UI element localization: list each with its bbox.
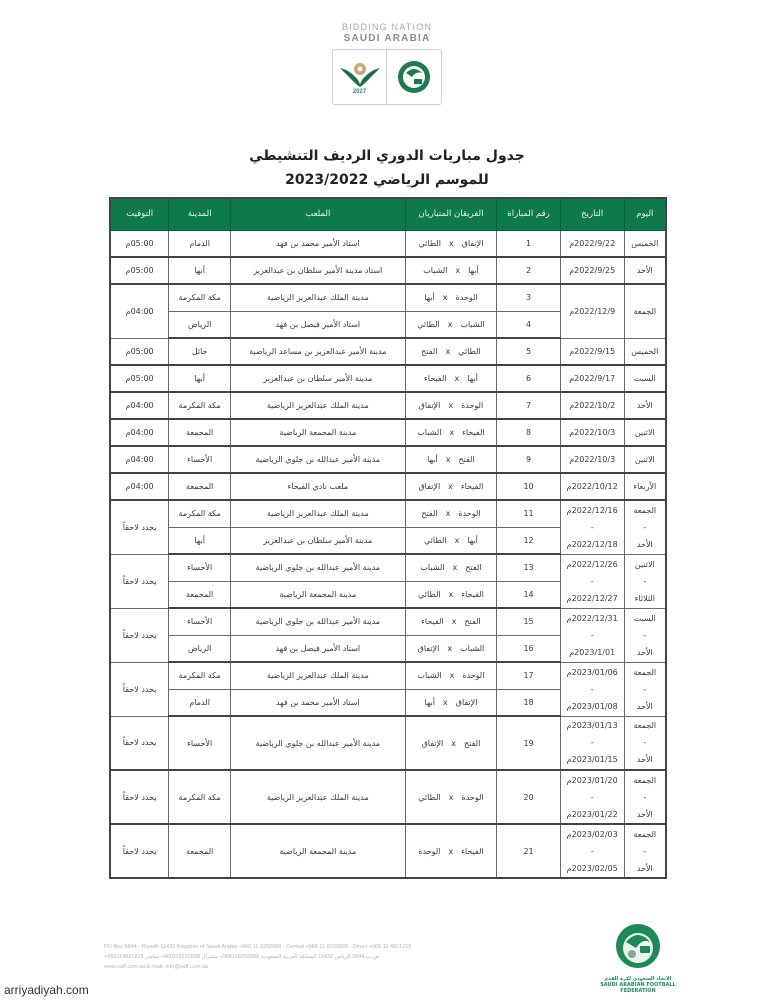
range-dash: - [563,789,622,806]
date-from: 2022/12/16م [563,502,622,519]
day-to: الثلاثاء [627,590,663,607]
range-dash: - [563,519,622,536]
team-a: أبها [467,536,478,545]
teams-cell: أبهاxالطائي [405,527,497,554]
date-from: 2023/02/03م [563,826,622,843]
time-cell: 05:00م [110,230,169,257]
date-cell: 2022/9/22م [560,230,624,257]
vs-separator: x [449,793,454,802]
range-dash: - [627,681,663,698]
table-body: الخميس2022/9/22م1الإتفاقxالطائياستاد الأ… [110,230,666,878]
date-cell: 2022/12/31م-2023/1/01م [560,608,624,662]
team-b: أبها [424,293,435,302]
date-cell: 2022/12/26م-2022/12/27م [560,554,624,608]
table-row: الجمعة-الأحد2023/01/06م-2023/01/08م17الو… [110,662,666,689]
date-to: 2022/12/27م [563,590,622,607]
date-to: 2023/01/15م [563,751,622,768]
team-a: أبها [468,266,479,275]
source-watermark: arriyadiyah.com [4,983,89,997]
city-cell: المجمعة [169,824,231,878]
teams-cell: الطائيxالفتح [405,338,497,365]
match-schedule-table: اليوم التاريخ رقم المباراة الفريقان المت… [109,197,667,879]
time-cell: يحدد لاحقاً [110,662,169,716]
team-a: أبها [467,374,478,383]
day-from: الاثنين [627,556,663,573]
teams-pair: الإتفاقxأبها [424,698,477,707]
day-cell: السبت-الأحد [624,608,666,662]
stadium-cell: مدينة المجمعة الرياضية [231,419,406,446]
teams-pair: أبهاxالشباب [423,266,479,275]
teams-pair: الفيحاءxالطائي [418,590,484,599]
match-number-cell: 13 [497,554,560,581]
match-number-cell: 20 [497,770,560,824]
stadium-cell: مدينة المجمعة الرياضية [231,824,406,878]
team-b: أبها [427,455,438,464]
day-cell: الاثنين-الثلاثاء [624,554,666,608]
time-cell: 04:00م [110,419,169,446]
vs-separator: x [452,617,457,626]
teams-cell: الوحدةxأبها [405,284,497,311]
teams-cell: الفيحاءxالطائي [405,581,497,608]
match-number-cell: 10 [497,473,560,500]
match-number-cell: 3 [497,284,560,311]
teams-pair: الشبابxالإتفاق [418,644,485,653]
vs-separator: x [446,509,451,518]
city-cell: أبها [169,527,231,554]
table-row: الخميس2022/9/22م1الإتفاقxالطائياستاد الأ… [110,230,666,257]
teams-cell: الفيحاءxالوحدة [405,824,497,878]
team-b: الطائي [418,793,441,802]
city-cell: مكة المكرمة [169,284,231,311]
day-cell: الأحد [624,257,666,284]
time-cell: 04:00م [110,446,169,473]
day-cell: الجمعة [624,284,666,338]
teams-pair: الفيحاءxالوحدة [418,847,483,856]
city-cell: أبها [169,257,231,284]
table-row: السبت2022/9/17م6أبهاxالفيحاءمدينة الأمير… [110,365,666,392]
range-dash: - [627,573,663,590]
date-cell: 2023/01/06م-2023/01/08م [560,662,624,716]
vs-separator: x [447,644,452,653]
teams-pair: الوحدةxالشباب [417,671,484,680]
time-cell: يحدد لاحقاً [110,554,169,608]
day-to: الأحد [627,698,663,715]
teams-cell: أبهاxالشباب [405,257,497,284]
teams-cell: الفتحxالإتفاق [405,716,497,770]
match-number-cell: 11 [497,500,560,527]
range-dash: - [627,627,663,644]
page-subtitle: للموسم الرياضي 2023/2022 [0,172,774,188]
stadium-cell: استاد الأمير فيصل بن فهد [231,311,406,338]
match-number-cell: 12 [497,527,560,554]
time-cell: 04:00م [110,392,169,419]
table-row: الجمعة-الأحد2022/12/16م-2022/12/18م11الو… [110,500,666,527]
city-cell: الأحساء [169,716,231,770]
teams-cell: الوحدةxالشباب [405,662,497,689]
team-a: الفيحاء [461,482,483,491]
footer-line2: ص ب 5844 الرياض 11432 المملكة العربية ال… [104,952,411,962]
city-cell: المجمعة [169,419,231,446]
match-number-cell: 18 [497,689,560,716]
match-number-cell: 14 [497,581,560,608]
table-row: الجمعة-الأحد2023/01/13م-2023/01/15م19الف… [110,716,666,770]
saff-logo [387,50,441,104]
table-row: الاثنين2022/10/3م9الفتحxأبهامدينة الأمير… [110,446,666,473]
teams-pair: الفيحاءxالإتفاق [418,482,483,491]
team-a: الوحدة [456,293,478,302]
falcon-emblem-icon [338,60,382,88]
teams-cell: الفتحxالفيحاء [405,608,497,635]
match-number-cell: 5 [497,338,560,365]
vs-separator: x [450,671,455,680]
date-cell: 2023/01/13م-2023/01/15م [560,716,624,770]
team-b: الشباب [417,671,441,680]
day-cell: الاثنين [624,419,666,446]
match-number-cell: 7 [497,392,560,419]
city-cell: الأحساء [169,554,231,581]
match-number-cell: 6 [497,365,560,392]
team-b: الفتح [421,509,437,518]
stadium-cell: مدينة المجمعة الرياضية [231,581,406,608]
day-cell: الجمعة-الأحد [624,770,666,824]
team-a: الفيحاء [461,590,483,599]
date-from: 2023/01/06م [563,664,622,681]
date-to: 2023/02/05م [563,860,622,877]
teams-cell: الفيحاءxالإتفاق [405,473,497,500]
team-a: الوحدة [462,793,484,802]
teams-pair: الشبابxالطائي [417,320,484,329]
vs-separator: x [455,266,460,275]
logo-box: 2027 [332,49,442,105]
team-a: الشباب [460,320,484,329]
teams-cell: الوحدةxالطائي [405,770,497,824]
date-to: 2022/12/18م [563,536,622,553]
team-b: الوحدة [418,847,440,856]
federation-caption: الاتحاد السعودي لكرة القدم SAUDI ARABIAN… [598,976,678,994]
team-b: الإتفاق [418,644,440,653]
time-cell: 04:00م [110,284,169,338]
day-cell: الخميس [624,338,666,365]
stadium-cell: مدينة الملك عبدالعزيز الرياضية [231,284,406,311]
stadium-cell: مدينة الأمير سلطان بن عبدالعزيز [231,527,406,554]
match-number-cell: 1 [497,230,560,257]
match-number-cell: 15 [497,608,560,635]
stadium-cell: استاد الأمير محمد بن فهد [231,689,406,716]
date-from: 2022/12/31م [563,610,622,627]
date-cell: 2022/9/15م [560,338,624,365]
vs-separator: x [448,401,453,410]
date-cell: 2023/02/03م-2023/02/05م [560,824,624,878]
stadium-cell: استاد الأمير محمد بن فهد [231,230,406,257]
teams-pair: الوحدةxأبها [424,293,477,302]
range-dash: - [627,519,663,536]
time-cell: 05:00م [110,365,169,392]
teams-cell: الفتحxالشباب [405,554,497,581]
saff-ball-icon [614,922,662,970]
footer-line1: PO Box 5844 - Riyadh 11432 Kingdom of Sa… [104,942,411,952]
day-from: الجمعة [627,826,663,843]
vs-separator: x [455,536,460,545]
team-a: الفتح [458,455,474,464]
teams-cell: الوحدةxالإتفاق [405,392,497,419]
vs-separator: x [449,590,454,599]
match-number-cell: 21 [497,824,560,878]
stadium-cell: مدينة الأمير عبدالله بن جلوي الرياضية [231,554,406,581]
footer-line3: www.saff.com.sa E-mail: info@saff.com.sa [104,962,411,972]
table-row: الخميس2022/9/15م5الطائيxالفتحمدينة الأمي… [110,338,666,365]
team-a: الفتح [465,563,481,572]
team-b: الإتفاق [418,482,440,491]
match-number-cell: 8 [497,419,560,446]
city-cell: الدمام [169,689,231,716]
date-to: 2023/01/08م [563,698,622,715]
saff-emblem-icon [396,59,432,95]
vs-separator: x [451,739,456,748]
day-cell: الأربعاء [624,473,666,500]
time-cell: 05:00م [110,338,169,365]
range-dash: - [563,843,622,860]
team-a: الوحدة [462,671,484,680]
col-stadium: الملعب [231,198,406,230]
teams-pair: أبهاxالطائي [424,536,478,545]
day-cell: الاثنين [624,446,666,473]
teams-cell: الإتفاقxالطائي [405,230,497,257]
date-to: 2023/1/01م [563,644,622,661]
teams-cell: أبهاxالفيحاء [405,365,497,392]
teams-pair: الوحدةxالطائي [418,793,483,802]
date-cell: 2022/10/12م [560,473,624,500]
date-cell: 2022/9/17م [560,365,624,392]
city-cell: مكة المكرمة [169,770,231,824]
vs-separator: x [449,428,454,437]
team-b: الشباب [420,563,444,572]
match-number-cell: 2 [497,257,560,284]
vs-separator: x [448,320,453,329]
day-from: الجمعة [627,664,663,681]
stadium-cell: مدينة الأمير عبدالله بن جلوي الرياضية [231,608,406,635]
vs-separator: x [446,455,451,464]
stadium-cell: مدينة الملك عبدالعزيز الرياضية [231,500,406,527]
bid-year: 2027 [353,89,366,95]
day-from: الجمعة [627,502,663,519]
day-cell: الخميس [624,230,666,257]
match-number-cell: 17 [497,662,560,689]
falcon-2027-logo: 2027 [333,50,387,104]
time-cell: يحدد لاحقاً [110,770,169,824]
time-cell: 05:00م [110,257,169,284]
stadium-cell: مدينة الملك عبدالعزيز الرياضية [231,770,406,824]
vs-separator: x [448,847,453,856]
teams-cell: الشبابxالإتفاق [405,635,497,662]
vs-separator: x [449,239,454,248]
time-cell: يحدد لاحقاً [110,716,169,770]
vs-separator: x [453,563,458,572]
col-time: التوقيت [110,198,169,230]
range-dash: - [627,843,663,860]
stadium-cell: استاد مدينة الأمير سلطان بن عبدالعزيز [231,257,406,284]
team-b: الطائي [424,536,447,545]
col-match-number: رقم المباراة [497,198,560,230]
team-b: الشباب [423,266,447,275]
stadium-cell: مدينة الأمير سلطان بن عبدالعزيز [231,365,406,392]
team-a: الشباب [460,644,484,653]
team-b: الشباب [417,428,441,437]
vs-separator: x [445,347,450,356]
teams-cell: الفيحاءxالشباب [405,419,497,446]
table-row: الجمعة-الأحد2023/01/20م-2023/01/22م20الو… [110,770,666,824]
team-b: الطائي [418,239,441,248]
match-number-cell: 9 [497,446,560,473]
team-b: الإتفاق [419,401,441,410]
date-cell: 2022/10/2م [560,392,624,419]
stadium-cell: مدينة الأمير عبدالله بن جلوي الرياضية [231,716,406,770]
team-b: الفتح [421,347,437,356]
table-row: الاثنين-الثلاثاء2022/12/26م-2022/12/27م1… [110,554,666,581]
stadium-cell: مدينة الأمير عبدالله بن جلوي الرياضية [231,446,406,473]
teams-pair: الفتحxالشباب [420,563,481,572]
team-b: الطائي [418,590,441,599]
table-row: السبت-الأحد2022/12/31م-2023/1/01م15الفتح… [110,608,666,635]
date-cell: 2023/01/20م-2023/01/22م [560,770,624,824]
time-cell: يحدد لاحقاً [110,824,169,878]
table-row: الجمعة-الأحد2023/02/03م-2023/02/05م21الف… [110,824,666,878]
match-number-cell: 19 [497,716,560,770]
day-to: الأحد [627,536,663,553]
teams-pair: الإتفاقxالطائي [418,239,483,248]
range-dash: - [627,734,663,751]
team-a: الفيحاء [462,428,484,437]
page-title: جدول مباريات الدوري الرديف التنشيطي [0,148,774,164]
date-cell: 2022/12/16م-2022/12/18م [560,500,624,554]
date-from: 2023/01/13م [563,717,622,734]
day-cell: الجمعة-الأحد [624,662,666,716]
col-teams: الفريقان المتباريان [405,198,497,230]
range-dash: - [563,573,622,590]
city-cell: الرياض [169,635,231,662]
teams-pair: الطائيxالفتح [421,347,481,356]
city-cell: مكة المكرمة [169,500,231,527]
day-cell: الجمعة-الأحد [624,824,666,878]
day-from: الجمعة [627,717,663,734]
teams-cell: الشبابxالطائي [405,311,497,338]
team-b: الفيحاء [424,374,446,383]
day-to: الأحد [627,644,663,661]
saff-footer-logo: الاتحاد السعودي لكرة القدم SAUDI ARABIAN… [598,922,678,994]
city-cell: مكة المكرمة [169,392,231,419]
teams-cell: الإتفاقxأبها [405,689,497,716]
team-b: الإتفاق [422,739,444,748]
date-to: 2023/01/22م [563,806,622,823]
table-row: الأحد2022/10/2م7الوحدةxالإتفاقمدينة المل… [110,392,666,419]
vs-separator: x [455,374,460,383]
time-cell: 04:00م [110,473,169,500]
time-cell: يحدد لاحقاً [110,500,169,554]
team-a: الوحدة [458,509,480,518]
day-from: السبت [627,610,663,627]
footer-contact: PO Box 5844 - Riyadh 11432 Kingdom of Sa… [104,942,411,972]
team-a: الطائي [458,347,481,356]
date-from: 2022/12/26م [563,556,622,573]
city-cell: الأحساء [169,608,231,635]
bid-line2: SAUDI ARABIA [327,33,447,44]
stadium-cell: مدينة الأمير عبدالعزيز بن مساعد الرياضية [231,338,406,365]
city-cell: مكة المكرمة [169,662,231,689]
city-cell: الدمام [169,230,231,257]
col-date: التاريخ [560,198,624,230]
vs-separator: x [448,482,453,491]
date-cell: 2022/9/25م [560,257,624,284]
day-to: الأحد [627,751,663,768]
bid-line1: BIDDING NATION [327,22,447,32]
stadium-cell: مدينة الملك عبدالعزيز الرياضية [231,392,406,419]
col-day: اليوم [624,198,666,230]
time-cell: يحدد لاحقاً [110,608,169,662]
date-from: 2023/01/20م [563,772,622,789]
table-row: الجمعة2022/12/9م3الوحدةxأبهامدينة الملك … [110,284,666,311]
stadium-cell: ملعب نادي الفيحاء [231,473,406,500]
stadium-cell: مدينة الملك عبدالعزيز الرياضية [231,662,406,689]
day-cell: الجمعة-الأحد [624,500,666,554]
team-b: أبها [424,698,435,707]
date-cell: 2022/12/9م [560,284,624,338]
date-cell: 2022/10/3م [560,419,624,446]
team-a: الفتح [464,617,480,626]
bid-logo: BIDDING NATION SAUDI ARABIA 2027 [327,22,447,105]
team-b: الفيحاء [421,617,443,626]
vs-separator: x [443,698,448,707]
day-to: الأحد [627,806,663,823]
city-cell: المجمعة [169,473,231,500]
team-a: الفيحاء [461,847,483,856]
table-row: الأربعاء2022/10/12م10الفيحاءxالإتفاقملعب… [110,473,666,500]
teams-pair: الفيحاءxالشباب [417,428,484,437]
range-dash: - [627,789,663,806]
range-dash: - [563,681,622,698]
table-header-row: اليوم التاريخ رقم المباراة الفريقان المت… [110,198,666,230]
match-number-cell: 16 [497,635,560,662]
teams-cell: الوحدةxالفتح [405,500,497,527]
city-cell: أبها [169,365,231,392]
teams-cell: الفتحxأبها [405,446,497,473]
city-cell: الرياض [169,311,231,338]
city-cell: حائل [169,338,231,365]
range-dash: - [563,734,622,751]
table-row: الأحد2022/9/25م2أبهاxالشباباستاد مدينة ا… [110,257,666,284]
day-cell: الجمعة-الأحد [624,716,666,770]
table-row: الاثنين2022/10/3م8الفيحاءxالشبابمدينة ال… [110,419,666,446]
team-a: الوحدة [461,401,483,410]
teams-pair: الفتحxأبها [427,455,475,464]
teams-pair: الوحدةxالفتح [421,509,480,518]
team-b: الطائي [417,320,440,329]
team-a: الإتفاق [456,698,478,707]
city-cell: الأحساء [169,446,231,473]
day-cell: السبت [624,365,666,392]
teams-pair: الفتحxالفيحاء [421,617,481,626]
day-to: الأحد [627,860,663,877]
vs-separator: x [443,293,448,302]
city-cell: المجمعة [169,581,231,608]
team-a: الإتفاق [462,239,484,248]
col-city: المدينة [169,198,231,230]
day-cell: الأحد [624,392,666,419]
teams-pair: الوحدةxالإتفاق [419,401,484,410]
stadium-cell: استاد الأمير فيصل بن فهد [231,635,406,662]
team-a: الفتح [464,739,480,748]
teams-pair: الفتحxالإتفاق [422,739,481,748]
teams-pair: أبهاxالفيحاء [424,374,478,383]
range-dash: - [563,627,622,644]
